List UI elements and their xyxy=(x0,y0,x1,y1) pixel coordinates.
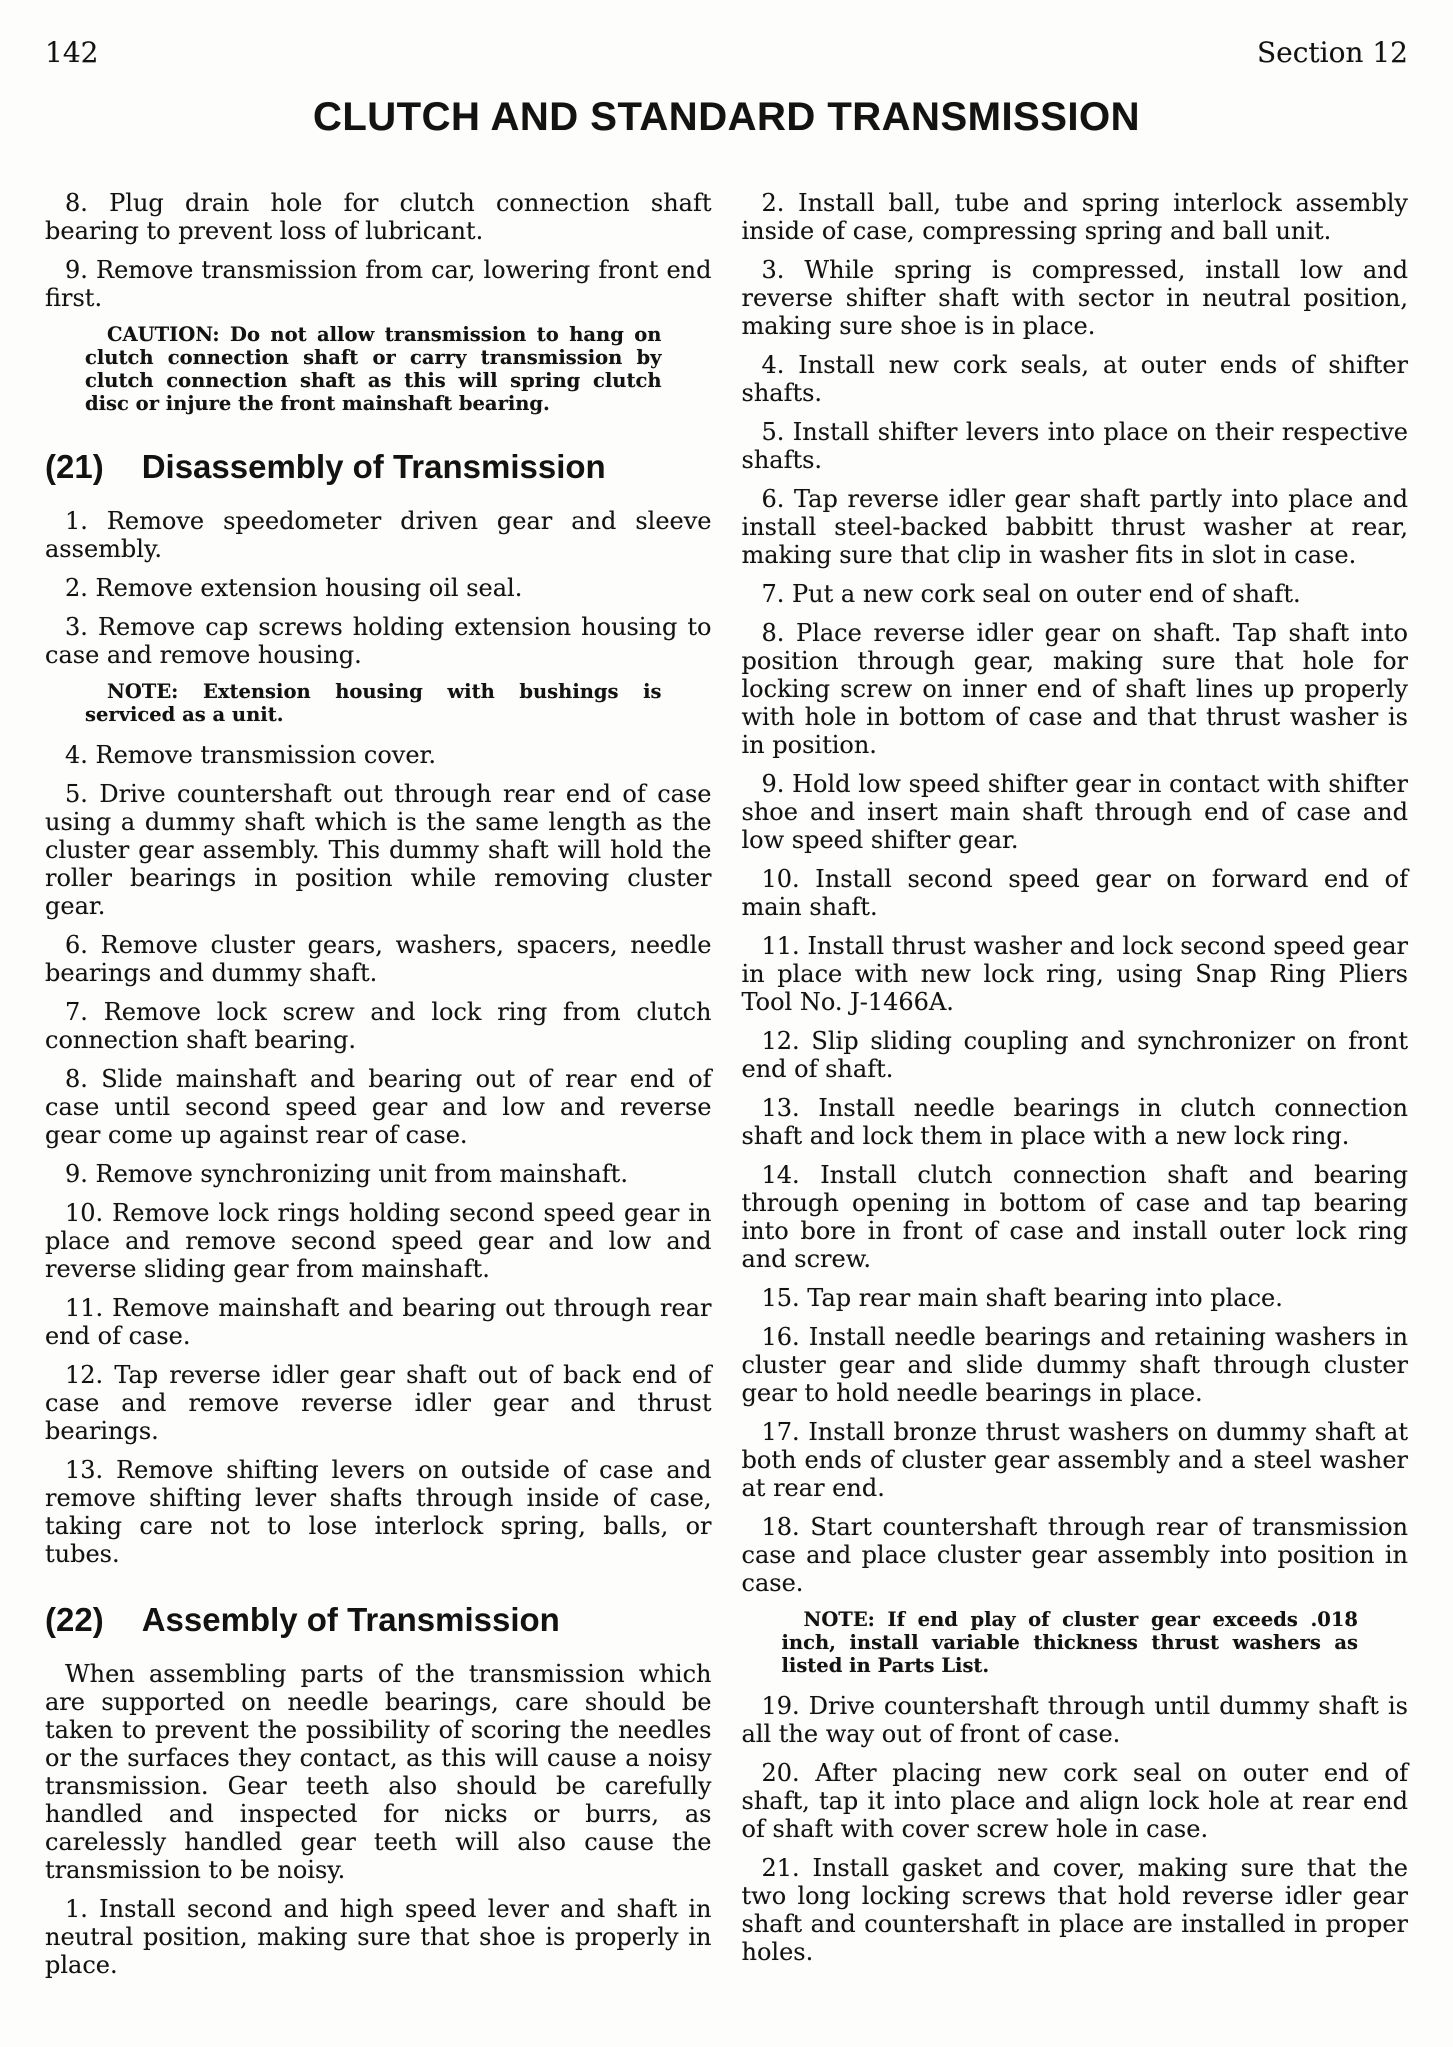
section-title: Disassembly of Transmission xyxy=(142,449,606,485)
step-paragraph: 5. Install shifter levers into place on … xyxy=(742,418,1409,474)
step-paragraph: 4. Install new cork seals, at outer ends… xyxy=(742,351,1409,407)
step-paragraph: 21. Install gasket and cover, making sur… xyxy=(742,1854,1409,1966)
step-paragraph: 1. Install second and high speed lever a… xyxy=(45,1895,712,1979)
intro-paragraph: When assembling parts of the transmissio… xyxy=(45,1660,712,1884)
step-paragraph: 6. Remove cluster gears, washers, spacer… xyxy=(45,931,712,987)
step-paragraph: 3. Remove cap screws holding extension h… xyxy=(45,613,712,669)
manual-page: 142 Section 12 CLUTCH AND STANDARD TRANS… xyxy=(0,0,1453,2047)
section-heading: (22)Assembly of Transmission xyxy=(45,1602,712,1638)
step-paragraph: 6. Tap reverse idler gear shaft partly i… xyxy=(742,485,1409,569)
step-paragraph: 10. Install second speed gear on forward… xyxy=(742,865,1409,921)
step-paragraph: 9. Hold low speed shifter gear in contac… xyxy=(742,770,1409,854)
step-paragraph: 4. Remove transmission cover. xyxy=(45,741,712,769)
step-paragraph: 18. Start countershaft through rear of t… xyxy=(742,1513,1409,1597)
step-paragraph: 8. Slide mainshaft and bearing out of re… xyxy=(45,1065,712,1149)
section-title: Assembly of Transmission xyxy=(142,1602,560,1638)
column-left: 8. Plug drain hole for clutch connection… xyxy=(45,189,712,1991)
step-paragraph: 16. Install needle bearings and retainin… xyxy=(742,1323,1409,1407)
step-paragraph: 3. While spring is compressed, install l… xyxy=(742,256,1409,340)
step-paragraph: 8. Place reverse idler gear on shaft. Ta… xyxy=(742,619,1409,759)
section-number: (21) xyxy=(45,449,104,485)
step-paragraph: 13. Install needle bearings in clutch co… xyxy=(742,1094,1409,1150)
service-note: NOTE: Extension housing with bushings is… xyxy=(85,680,662,726)
step-paragraph: 11. Remove mainshaft and bearing out thr… xyxy=(45,1294,712,1350)
step-paragraph: 10. Remove lock rings holding second spe… xyxy=(45,1199,712,1283)
step-paragraph: 13. Remove shifting levers on outside of… xyxy=(45,1456,712,1568)
section-number: (22) xyxy=(45,1602,104,1638)
step-paragraph: 12. Slip sliding coupling and synchroniz… xyxy=(742,1027,1409,1083)
step-paragraph: 19. Drive countershaft through until dum… xyxy=(742,1692,1409,1748)
step-paragraph: 14. Install clutch connection shaft and … xyxy=(742,1161,1409,1273)
step-paragraph: 7. Put a new cork seal on outer end of s… xyxy=(742,580,1409,608)
service-note: NOTE: If end play of cluster gear exceed… xyxy=(782,1608,1359,1677)
step-paragraph: 2. Install ball, tube and spring interlo… xyxy=(742,189,1409,245)
caution-note: CAUTION: Do not allow transmission to ha… xyxy=(85,323,662,415)
step-paragraph: 12. Tap reverse idler gear shaft out of … xyxy=(45,1361,712,1445)
column-right: 2. Install ball, tube and spring interlo… xyxy=(742,189,1409,1991)
step-paragraph: 8. Plug drain hole for clutch connection… xyxy=(45,189,712,245)
page-title: CLUTCH AND STANDARD TRANSMISSION xyxy=(45,95,1408,139)
step-paragraph: 20. After placing new cork seal on outer… xyxy=(742,1759,1409,1843)
page-number: 142 xyxy=(45,38,98,69)
step-paragraph: 11. Install thrust washer and lock secon… xyxy=(742,932,1409,1016)
step-paragraph: 7. Remove lock screw and lock ring from … xyxy=(45,998,712,1054)
step-paragraph: 2. Remove extension housing oil seal. xyxy=(45,574,712,602)
step-paragraph: 9. Remove transmission from car, lowerin… xyxy=(45,256,712,312)
step-paragraph: 5. Drive countershaft out through rear e… xyxy=(45,780,712,920)
section-heading: (21)Disassembly of Transmission xyxy=(45,449,712,485)
step-paragraph: 9. Remove synchronizing unit from mainsh… xyxy=(45,1160,712,1188)
page-header: 142 Section 12 xyxy=(45,38,1408,69)
step-paragraph: 15. Tap rear main shaft bearing into pla… xyxy=(742,1284,1409,1312)
step-paragraph: 1. Remove speedometer driven gear and sl… xyxy=(45,507,712,563)
two-column-layout: 8. Plug drain hole for clutch connection… xyxy=(45,189,1408,1991)
step-paragraph: 17. Install bronze thrust washers on dum… xyxy=(742,1418,1409,1502)
section-label: Section 12 xyxy=(1257,38,1408,69)
